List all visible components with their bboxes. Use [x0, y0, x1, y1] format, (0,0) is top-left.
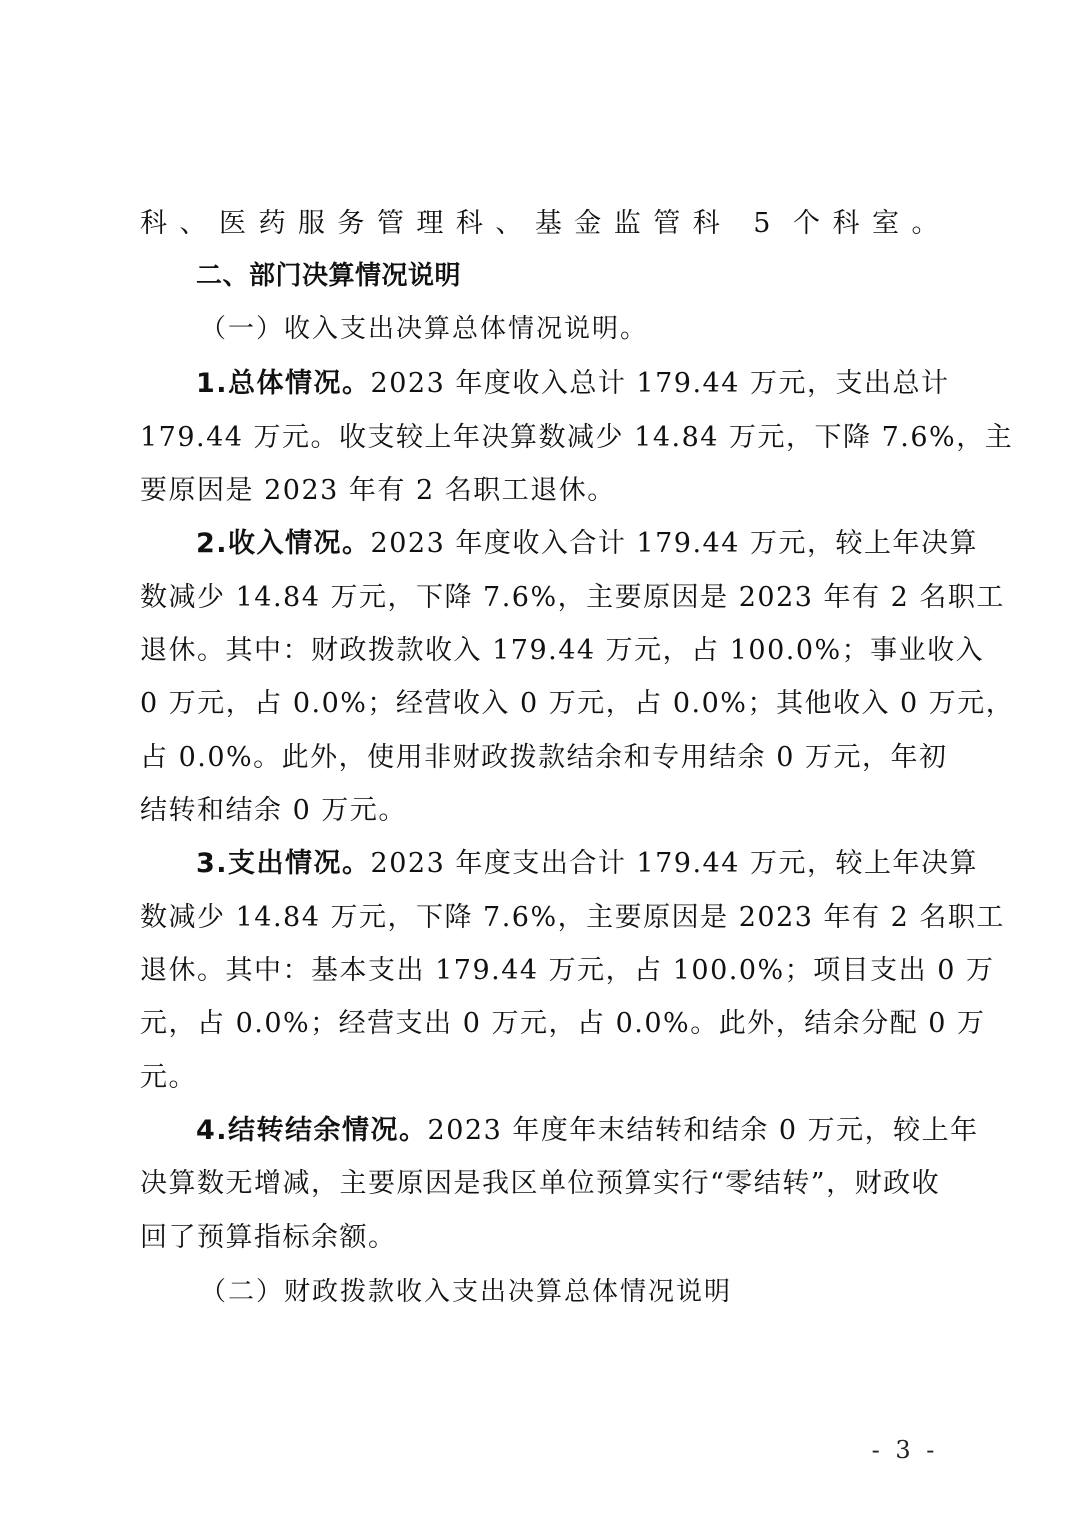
paragraph-4-heading: 4.结转结余情况。: [196, 1115, 428, 1146]
paragraph-4-line-2: 决算数无增减，主要原因是我区单位预算实行“零结转”，财政收: [140, 1168, 940, 1200]
subsection-1-title: （一）收入支出决算总体情况说明。: [200, 313, 944, 345]
paragraph-2-line-2: 数减少 14.84 万元，下降 7.6%，主要原因是 2023 年有 2 名职工: [140, 582, 940, 614]
paragraph-2-line-1: 2.收入情况。2023 年度收入合计 179.44 万元，较上年决算: [196, 528, 940, 560]
paragraph-2-line-4: 0 万元，占 0.0%；经营收入 0 万元，占 0.0%；其他收入 0 万元，: [140, 688, 940, 720]
paragraph-2-text: 2023 年度收入合计 179.44 万元，较上年决算: [371, 528, 978, 559]
paragraph-2-line-5: 占 0.0%。此外，使用非财政拨款结余和专用结余 0 万元，年初: [140, 742, 940, 774]
paragraph-4-line-3: 回了预算指标余额。: [140, 1222, 940, 1254]
paragraph-1-heading: 1.总体情况。: [196, 368, 371, 399]
paragraph-3-line-5: 元。: [140, 1062, 940, 1094]
paragraph-3-heading: 3.支出情况。: [196, 848, 371, 879]
paragraph-3-line-2: 数减少 14.84 万元，下降 7.6%，主要原因是 2023 年有 2 名职工: [140, 902, 940, 934]
document-page: 科、医药服务管理科、基金监管科 5 个科室。 二、部门决算情况说明 （一）收入支…: [0, 0, 1076, 1519]
page-number: - 3 -: [860, 1436, 950, 1464]
paragraph-2-line-3: 退休。其中：财政拨款收入 179.44 万元，占 100.0%；事业收入: [140, 635, 940, 667]
paragraph-4-line-1: 4.结转结余情况。2023 年度年末结转和结余 0 万元，较上年: [196, 1115, 940, 1147]
paragraph-1-line-2: 179.44 万元。收支较上年决算数减少 14.84 万元，下降 7.6%，主: [140, 422, 940, 454]
paragraph-3-line-3: 退休。其中：基本支出 179.44 万元，占 100.0%；项目支出 0 万: [140, 955, 940, 987]
paragraph-3-text: 2023 年度支出合计 179.44 万元，较上年决算: [371, 848, 978, 879]
continuation-text: 科、医药服务管理科、基金监管科 5 个科室。: [140, 208, 940, 240]
paragraph-3-line-1: 3.支出情况。2023 年度支出合计 179.44 万元，较上年决算: [196, 848, 940, 880]
paragraph-2-heading: 2.收入情况。: [196, 528, 371, 559]
paragraph-2-line-6: 结转和结余 0 万元。: [140, 795, 940, 827]
paragraph-1-line-3: 要原因是 2023 年有 2 名职工退休。: [140, 475, 940, 507]
paragraph-1-text: 2023 年度收入总计 179.44 万元，支出总计: [371, 368, 950, 399]
subsection-2-title: （二）财政拨款收入支出决算总体情况说明: [200, 1276, 944, 1308]
paragraph-3-line-4: 元，占 0.0%；经营支出 0 万元，占 0.0%。此外，结余分配 0 万: [140, 1008, 940, 1040]
section-title: 二、部门决算情况说明: [196, 260, 940, 292]
paragraph-4-text: 2023 年度年末结转和结余 0 万元，较上年: [428, 1115, 979, 1146]
paragraph-1-line-1: 1.总体情况。2023 年度收入总计 179.44 万元，支出总计: [196, 368, 940, 400]
